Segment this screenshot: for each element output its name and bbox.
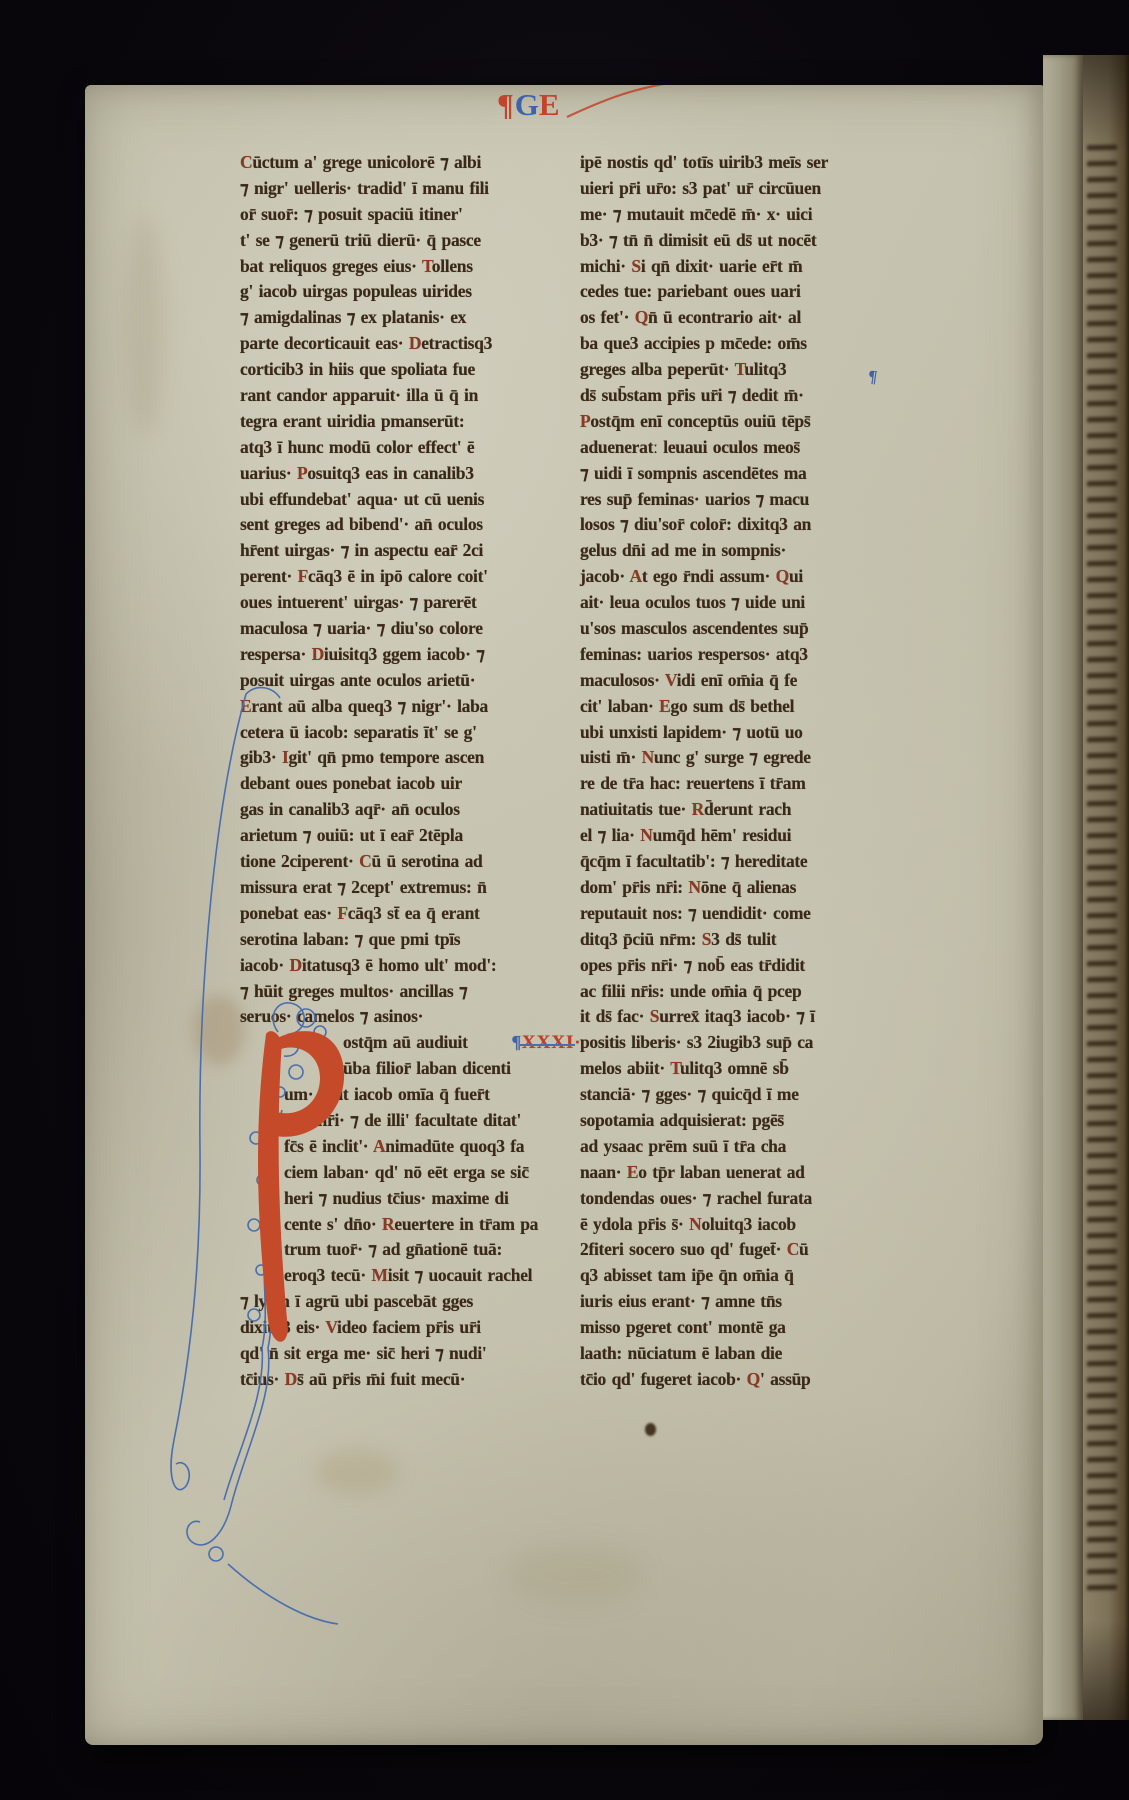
penwork-flourish	[171, 688, 338, 1624]
text-line: ac filii nr̄is: unde om̄ia q̄ pcep	[580, 979, 914, 1005]
text-line: Cūctum a' grege unicolorē ⁊ albi	[240, 150, 574, 176]
text-line: el ⁊ lia· Numq̄d hēm' residui	[580, 823, 914, 849]
page-edge-curl	[1043, 55, 1083, 1720]
book-fore-edge	[1043, 55, 1129, 1720]
header-red-swash	[563, 85, 753, 125]
text-line: ⁊ nigr' uelleris· tradid' ī manu fili	[240, 176, 574, 202]
running-header: ¶GE	[497, 85, 560, 135]
text-line: bat reliquos greges eius· Tollens	[240, 254, 574, 280]
text-line: ⁊ uidi ī sompnis ascendētes ma	[580, 461, 914, 487]
chapter-initial-P-penwork: P	[128, 680, 358, 1690]
text-line: q3 abisset tam ip̄e q̄n om̄ia q̄	[580, 1263, 914, 1289]
text-line: ubi unxisti lapidem· ⁊ uotū uo	[580, 720, 914, 746]
text-line: naan· Eo tp̄r laban uenerat ad	[580, 1160, 914, 1186]
text-line: ad ysaac prēm suū ī tr̄a cha	[580, 1134, 914, 1160]
text-line: Postq̄m enī conceptūs ouiū tēps̄	[580, 409, 914, 435]
text-line: ba que3 accipies p mc̄ede: om̄s	[580, 331, 914, 357]
text-line: laath: nūciatum ē laban die	[580, 1341, 914, 1367]
text-line: positis liberis· s3 2iugib3 sup̄ ca	[580, 1030, 914, 1056]
text-line: greges alba peperūt· Tulitq3	[580, 357, 914, 383]
text-line: feminas: uarios respersos· atq3	[580, 642, 914, 668]
text-line: melos abiit· Tulitq3 omnē sb̄	[580, 1056, 914, 1082]
stain	[505, 1545, 645, 1605]
stain	[125, 215, 165, 435]
text-line: g' iacob uirgas populeas uirides	[240, 279, 574, 305]
photograph-background: { "meta": { "description": "Medieval man…	[0, 0, 1129, 1800]
text-line: res sup̄ feminas· uarios ⁊ macu	[580, 487, 914, 513]
text-line: uarius· Posuitq3 eas in canalib3	[240, 461, 574, 487]
text-line: uieri pr̄i ur̄o: s3 pat' ur̄ circūuen	[580, 176, 914, 202]
text-line: atq3 ī hunc modū color effect' ē	[240, 435, 574, 461]
header-letter-G: G	[515, 87, 539, 122]
text-line: sopotamia adquisierat: pgēs̄	[580, 1108, 914, 1134]
header-paraph: ¶	[497, 87, 514, 122]
text-line: corticib3 in hiis que spoliata fue	[240, 357, 574, 383]
ink-speck	[645, 1423, 656, 1436]
text-line: rant candor apparuit· illa ū q̄ in	[240, 383, 574, 409]
text-line: 2fiteri socero suo qd' fuget̄· Cū	[580, 1237, 914, 1263]
text-line: ē ydola pr̄is s̄· Noluitq3 iacob	[580, 1212, 914, 1238]
text-line: michi· Si qn̄ dixit· uarie er̄t m̄	[580, 254, 914, 280]
text-column-right: ipē nostis qd' totīs uirib3 meīs seruier…	[580, 150, 914, 1393]
text-line: it ds̄ fac· Surrex̄ itaq3 iacob· ⁊ ī	[580, 1004, 914, 1030]
text-line: parte decorticauit eas· Detractisq3	[240, 331, 574, 357]
text-line: adueneratː leuaui oculos meos̄	[580, 435, 914, 461]
text-line: ditq3 p̄ciū nr̄m: S3 ds̄ tulit	[580, 927, 914, 953]
text-line: opes pr̄is nr̄i· ⁊ nob̄ eas tr̄didit	[580, 953, 914, 979]
text-line: maculosa ⁊ uaria· ⁊ diu'so colore	[240, 616, 574, 642]
text-line: losos ⁊ diu'sor̄ color̄: dixitq3 an	[580, 512, 914, 538]
text-line: ⁊ amigdalinas ⁊ ex platanis· ex	[240, 305, 574, 331]
text-line: b3· ⁊ tn̄ n̄ dimisit eū ds̄ ut nocēt	[580, 228, 914, 254]
text-line: me· ⁊ mutauit mc̄edē m̄· x· uici	[580, 202, 914, 228]
text-line: os fet'· Qn̄ ū econtrario ait· al	[580, 305, 914, 331]
manuscript-page: ¶GE Cūctum a' grege unicolorē ⁊ albi⁊ ni…	[85, 85, 1043, 1745]
text-line: q̄cq̄m ī facultatib': ⁊ hereditate	[580, 849, 914, 875]
chapter-number: ¶XXXI·	[511, 1030, 580, 1056]
text-line: or̄ suor̄: ⁊ posuit spaciū itiner'	[240, 202, 574, 228]
text-line: tc̄io qd' fugeret iacob· Q' assūp	[580, 1367, 914, 1393]
text-line: re de tr̄a hac: reuertens ī tr̄am	[580, 771, 914, 797]
text-line: cit' laban· Ego sum ds̄ bethel	[580, 694, 914, 720]
text-line: u'sos masculos ascendentes sup̄	[580, 616, 914, 642]
text-line: perent· Fcāq3 ē in ipō calore coit'	[240, 564, 574, 590]
header-letter-E: E	[539, 87, 560, 122]
text-line: hr̄ent uirgas· ⁊ in aspectu ear̄ 2ci	[240, 538, 574, 564]
text-line: jacob· At ego r̄ndi assum· Qui	[580, 564, 914, 590]
text-line: oues intuerent' uirgas· ⁊ parerēt	[240, 590, 574, 616]
text-line: iuris eius erant· ⁊ amne tn̄s	[580, 1289, 914, 1315]
text-line: cedes tue: pariebant oues uari	[580, 279, 914, 305]
text-line: tegra erant uiridia pmanserūt:	[240, 409, 574, 435]
text-line: respersa· Diuisitq3 ggem iacob· ⁊	[240, 642, 574, 668]
text-line: ipē nostis qd' totīs uirib3 meīs ser	[580, 150, 914, 176]
text-line: sent greges ad bibend'· an̄ oculos	[240, 512, 574, 538]
text-line: maculosos· Vidi enī om̄ia q̄ fe	[580, 668, 914, 694]
next-folio-edge	[1083, 55, 1129, 1720]
text-line: t' se ⁊ generū triū dierū· q̄ pasce	[240, 228, 574, 254]
text-line: tondendas oues· ⁊ rachel furata	[580, 1186, 914, 1212]
text-line: misso pgeret cont' montē ga	[580, 1315, 914, 1341]
text-line: reputauit nos: ⁊ uendidit· come	[580, 901, 914, 927]
text-line: uisti m̄· Nunc g' surge ⁊ egrede	[580, 745, 914, 771]
text-line: gelus dn̄i ad me in sompnis·	[580, 538, 914, 564]
fore-edge-shading	[1083, 55, 1129, 1720]
text-line: stanciā· ⁊ gges· ⁊ quicq̄d ī me	[580, 1082, 914, 1108]
text-line: ds̄ sub̄stam pr̄is ur̄i ⁊ dedit m̄·	[580, 383, 914, 409]
text-line: ait· leua oculos tuos ⁊ uide uni	[580, 590, 914, 616]
text-line: dom' pr̄is nr̄i: Nōne q̄ alienas	[580, 875, 914, 901]
text-line: natiuitatis tue· Rd̄erunt rach	[580, 797, 914, 823]
text-line: ubi effundebat' aqua· ut cū uenis	[240, 487, 574, 513]
